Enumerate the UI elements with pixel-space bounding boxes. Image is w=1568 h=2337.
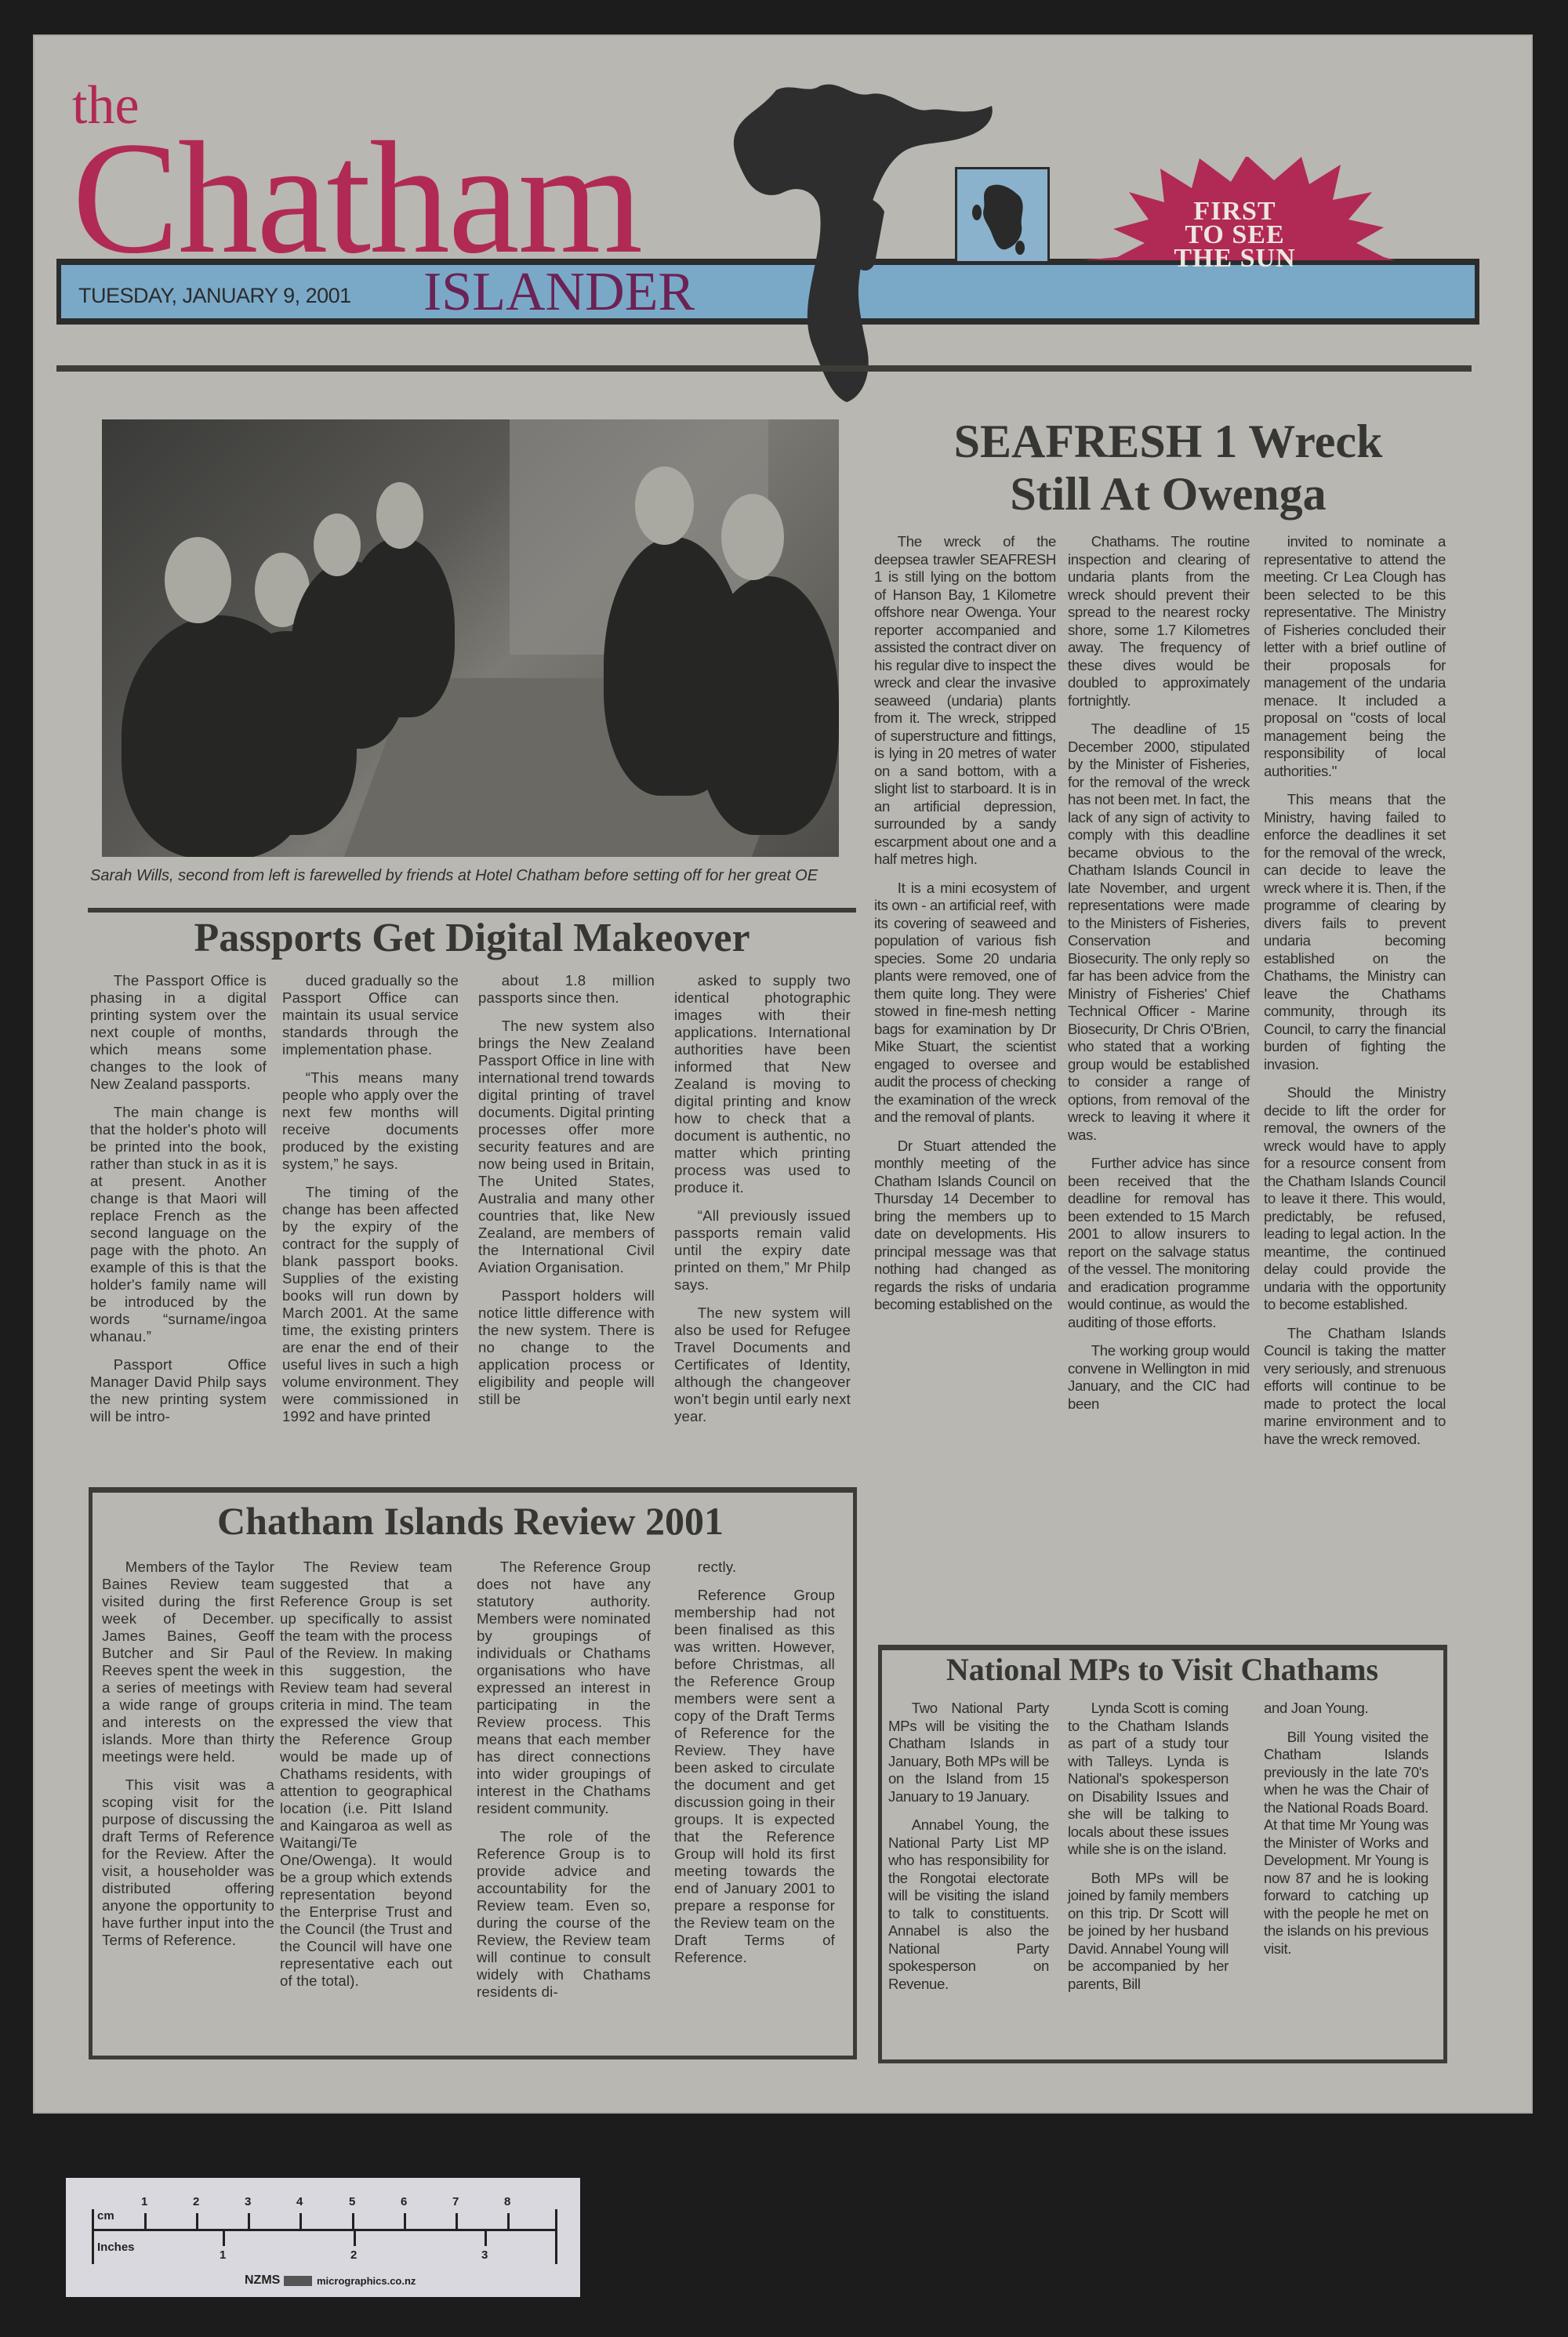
paragraph: and Joan Young. — [1264, 1700, 1428, 1718]
passports-column-3: about 1.8 million passports since then. … — [478, 972, 655, 1419]
paragraph: Two National Party MPs will be visiting … — [888, 1700, 1049, 1805]
paragraph: rectly. — [674, 1559, 835, 1576]
paragraph: asked to supply two identical photograph… — [674, 972, 851, 1196]
ruler-tick-label: 8 — [504, 2195, 510, 2208]
nzms-logo-icon — [284, 2276, 312, 2286]
paragraph: This means that the Ministry, having fai… — [1264, 791, 1446, 1073]
mps-column-2: Lynda Scott is coming to the Chatham Isl… — [1068, 1700, 1229, 2004]
sun-badge-text: FIRST TO SEE THE SUN — [1160, 200, 1309, 270]
paragraph: Both MPs will be joined by family member… — [1068, 1870, 1229, 1994]
national-mps-headline: National MPs to Visit Chathams — [882, 1653, 1443, 1688]
ruler-tick-label: 5 — [349, 2195, 355, 2208]
paragraph: It is a mini ecosystem of its own - an a… — [874, 880, 1056, 1127]
paragraph: Reference Group membership had not been … — [674, 1587, 835, 1966]
paragraph: “All previously issued passports remain … — [674, 1207, 851, 1294]
ruler-tick-label: 2 — [350, 2248, 357, 2262]
scale-ruler: cm Inches 1 2 3 4 5 6 7 8 1 2 3 NZMS mic… — [66, 2178, 580, 2297]
paragraph: The Review team suggested that a Referen… — [280, 1559, 452, 1990]
ruler-tick-label: 1 — [220, 2248, 226, 2262]
paragraph: duced gradually so the Passport Office c… — [282, 972, 459, 1058]
paragraph: The main change is that the holder's pho… — [90, 1104, 267, 1345]
passports-headline: Passports Get Digital Makeover — [88, 916, 856, 961]
paragraph: The Passport Office is phasing in a digi… — [90, 972, 267, 1093]
paragraph: Passport Office Manager David Philp says… — [90, 1356, 267, 1425]
paragraph: The new system will also be used for Ref… — [674, 1305, 851, 1425]
seafresh-headline: SEAFRESH 1 Wreck Still At Owenga — [874, 416, 1462, 521]
chatham-islands-map-icon — [955, 167, 1050, 263]
paragraph: The Chatham Islands Council is taking th… — [1264, 1325, 1446, 1449]
paragraph: Dr Stuart attended the monthly meeting o… — [874, 1138, 1056, 1314]
ruler-brand: NZMS — [245, 2273, 280, 2288]
headline-line: SEAFRESH 1 Wreck — [874, 416, 1462, 468]
review-column-4: rectly. Reference Group membership had n… — [674, 1559, 835, 1977]
masthead-title: Chatham — [72, 118, 641, 278]
sun-badge-line: THE SUN — [1160, 247, 1309, 270]
paragraph: Further advice has since been received t… — [1068, 1155, 1250, 1331]
ruler-tick-label: 6 — [401, 2195, 407, 2208]
ruler-tick-label: 3 — [481, 2248, 488, 2262]
paragraph: The role of the Reference Group is to pr… — [477, 1828, 651, 2001]
passports-column-2: duced gradually so the Passport Office c… — [282, 972, 459, 1436]
farewell-photo — [102, 419, 839, 857]
seafresh-column-2: Chathams. The routine inspection and cle… — [1068, 533, 1250, 1424]
masthead-subtitle: ISLANDER — [423, 265, 695, 320]
passports-column-1: The Passport Office is phasing in a digi… — [90, 972, 267, 1436]
ruler-inches-label: Inches — [97, 2241, 135, 2254]
paragraph: Members of the Taylor Baines Review team… — [102, 1559, 274, 1765]
paragraph: “This means many people who apply over t… — [282, 1069, 459, 1173]
paragraph: Lynda Scott is coming to the Chatham Isl… — [1068, 1700, 1229, 1859]
paragraph: Bill Young visited the Chatham Islands p… — [1264, 1729, 1428, 1958]
paragraph: Chathams. The routine inspection and cle… — [1068, 533, 1250, 709]
ruler-url: micrographics.co.nz — [317, 2275, 416, 2287]
mps-column-3: and Joan Young. Bill Young visited the C… — [1264, 1700, 1428, 1969]
paragraph: Annabel Young, the National Party List M… — [888, 1816, 1049, 1993]
ruler-tick-label: 4 — [296, 2195, 303, 2208]
review-headline: Chatham Islands Review 2001 — [94, 1499, 847, 1543]
paragraph: The new system also brings the New Zeala… — [478, 1018, 655, 1276]
paragraph: invited to nominate a representative to … — [1264, 533, 1446, 780]
paragraph: The timing of the change has been affect… — [282, 1184, 459, 1425]
paragraph: Passport holders will notice little diff… — [478, 1287, 655, 1408]
section-divider — [88, 908, 856, 913]
ruler-tick-label: 1 — [141, 2195, 147, 2208]
paragraph: Should the Ministry decide to lift the o… — [1264, 1084, 1446, 1314]
paragraph: The wreck of the deepsea trawler SEAFRES… — [874, 533, 1056, 869]
passports-column-4: asked to supply two identical photograph… — [674, 972, 851, 1436]
review-column-2: The Review team suggested that a Referen… — [280, 1559, 452, 2001]
paragraph: The Reference Group does not have any st… — [477, 1559, 651, 1817]
ruler-tick-label: 2 — [193, 2195, 199, 2208]
review-column-1: Members of the Taylor Baines Review team… — [102, 1559, 274, 1960]
ruler-cm-label: cm — [97, 2209, 114, 2223]
mps-column-1: Two National Party MPs will be visiting … — [888, 1700, 1049, 2004]
paragraph: The deadline of 15 December 2000, stipul… — [1068, 720, 1250, 1144]
issue-date: TUESDAY, JANUARY 9, 2001 — [78, 284, 351, 308]
paragraph: about 1.8 million passports since then. — [478, 972, 655, 1007]
masthead-divider — [56, 365, 1472, 372]
headline-line: Still At Owenga — [874, 468, 1462, 521]
paragraph: The working group would convene in Welli… — [1068, 1342, 1250, 1413]
paragraph: This visit was a scoping visit for the p… — [102, 1776, 274, 1949]
review-column-3: The Reference Group does not have any st… — [477, 1559, 651, 2012]
seafresh-column-1: The wreck of the deepsea trawler SEAFRES… — [874, 533, 1056, 1325]
ruler-tick-label: 3 — [245, 2195, 251, 2208]
photo-caption: Sarah Wills, second from left is farewel… — [90, 867, 843, 885]
ruler-tick-label: 7 — [452, 2195, 459, 2208]
seafresh-column-3: invited to nominate a representative to … — [1264, 533, 1446, 1459]
